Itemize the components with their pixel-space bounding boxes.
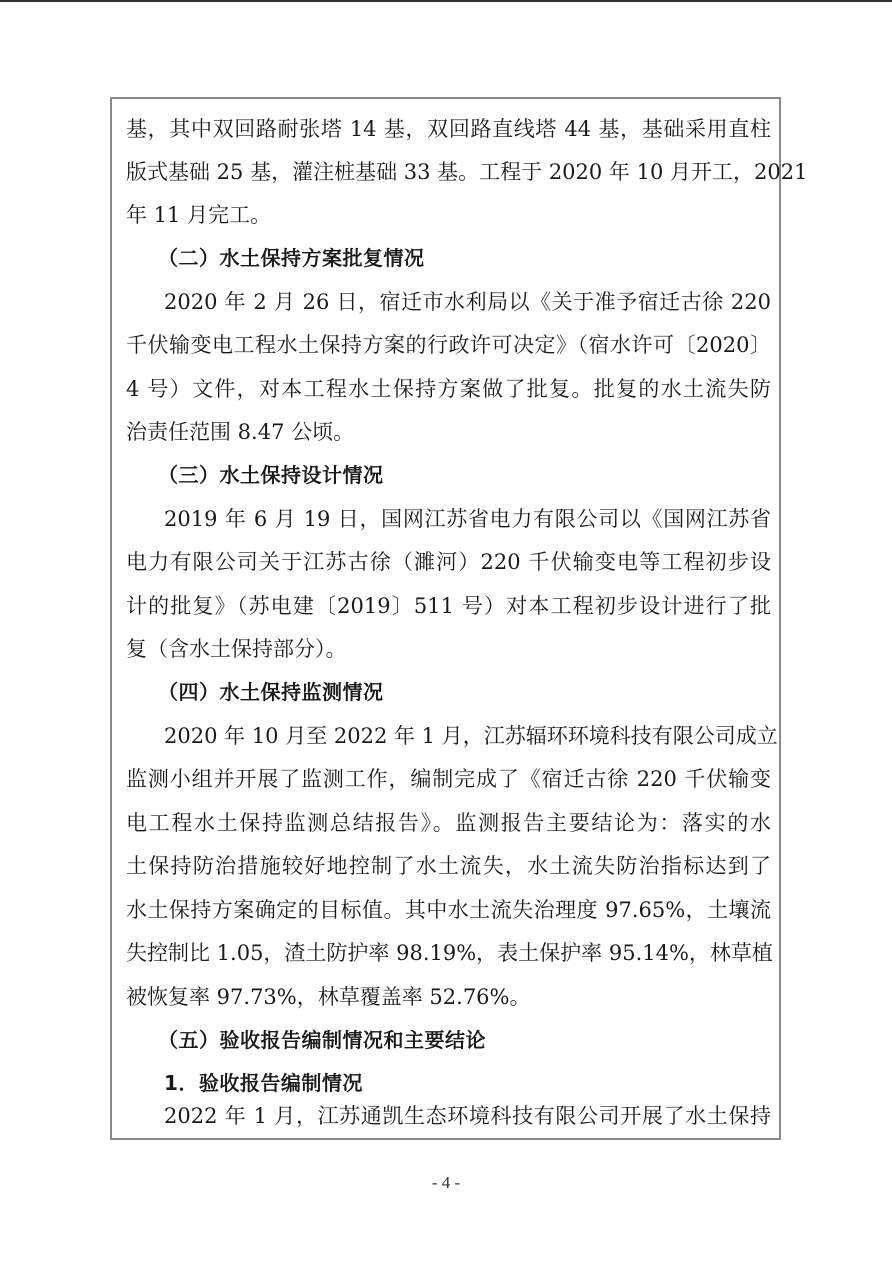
paragraph-line: 水土保持方案确定的目标值。其中水土流失治理度 97.65%，土壤流 <box>126 895 771 925</box>
paragraph-line: 电工程水土保持监测总结报告》。监测报告主要结论为：落实的水 <box>126 808 771 838</box>
paragraph-line: 基，其中双回路耐张塔 14 基，双回路直线塔 44 基，基础采用直柱 <box>126 114 771 144</box>
page-top-edge <box>0 0 892 2</box>
paragraph-line: 2020 年 10 月至 2022 年 1 月，江苏辐环环境科技有限公司成立 <box>164 721 771 751</box>
document-content-frame: 基，其中双回路耐张塔 14 基，双回路直线塔 44 基，基础采用直柱 版式基础 … <box>110 97 781 1140</box>
page-number: - 4 - <box>0 1173 892 1193</box>
section-heading-plan-approval: （二）水土保持方案批复情况 <box>158 243 425 273</box>
paragraph-line: 治责任范围 8.47 公顷。 <box>126 417 771 447</box>
paragraph-line: 被恢复率 97.73%，林草覆盖率 52.76%。 <box>126 982 771 1012</box>
paragraph-line: 千伏输变电工程水土保持方案的行政许可决定》（宿水许可〔2020〕 <box>126 330 771 360</box>
paragraph-line: 2022 年 1 月，江苏通凯生态环境科技有限公司开展了水土保持 <box>164 1101 771 1131</box>
paragraph-line: 年 11 月完工。 <box>126 200 771 230</box>
paragraph-line: 复（含水土保持部分）。 <box>126 634 771 664</box>
paragraph-line: 版式基础 25 基，灌注桩基础 33 基。工程于 2020 年 10 月开工，2… <box>126 157 771 187</box>
subsection-heading-report-compilation: 1．验收报告编制情况 <box>164 1068 363 1098</box>
section-heading-acceptance-report: （五）验收报告编制情况和主要结论 <box>158 1025 486 1055</box>
paragraph-line: 2020 年 2 月 26 日，宿迁市水利局以《关于准予宿迁古徐 220 <box>164 287 771 317</box>
paragraph-line: 计的批复》（苏电建〔2019〕511 号）对本工程初步设计进行了批 <box>126 591 771 621</box>
paragraph-line: 2019 年 6 月 19 日，国网江苏省电力有限公司以《国网江苏省 <box>164 504 771 534</box>
paragraph-line: 4 号）文件，对本工程水土保持方案做了批复。批复的水土流失防 <box>126 374 771 404</box>
paragraph-line: 土保持防治措施较好地控制了水土流失，水土流失防治指标达到了 <box>126 851 771 881</box>
paragraph-line: 电力有限公司关于江苏古徐（濉河）220 千伏输变电等工程初步设 <box>126 547 771 577</box>
paragraph-line: 监测小组并开展了监测工作，编制完成了《宿迁古徐 220 千伏输变 <box>126 764 771 794</box>
section-heading-design: （三）水土保持设计情况 <box>158 460 384 490</box>
paragraph-line: 失控制比 1.05，渣土防护率 98.19%，表土保护率 95.14%，林草植 <box>126 938 771 968</box>
section-heading-monitoring: （四）水土保持监测情况 <box>158 677 384 707</box>
